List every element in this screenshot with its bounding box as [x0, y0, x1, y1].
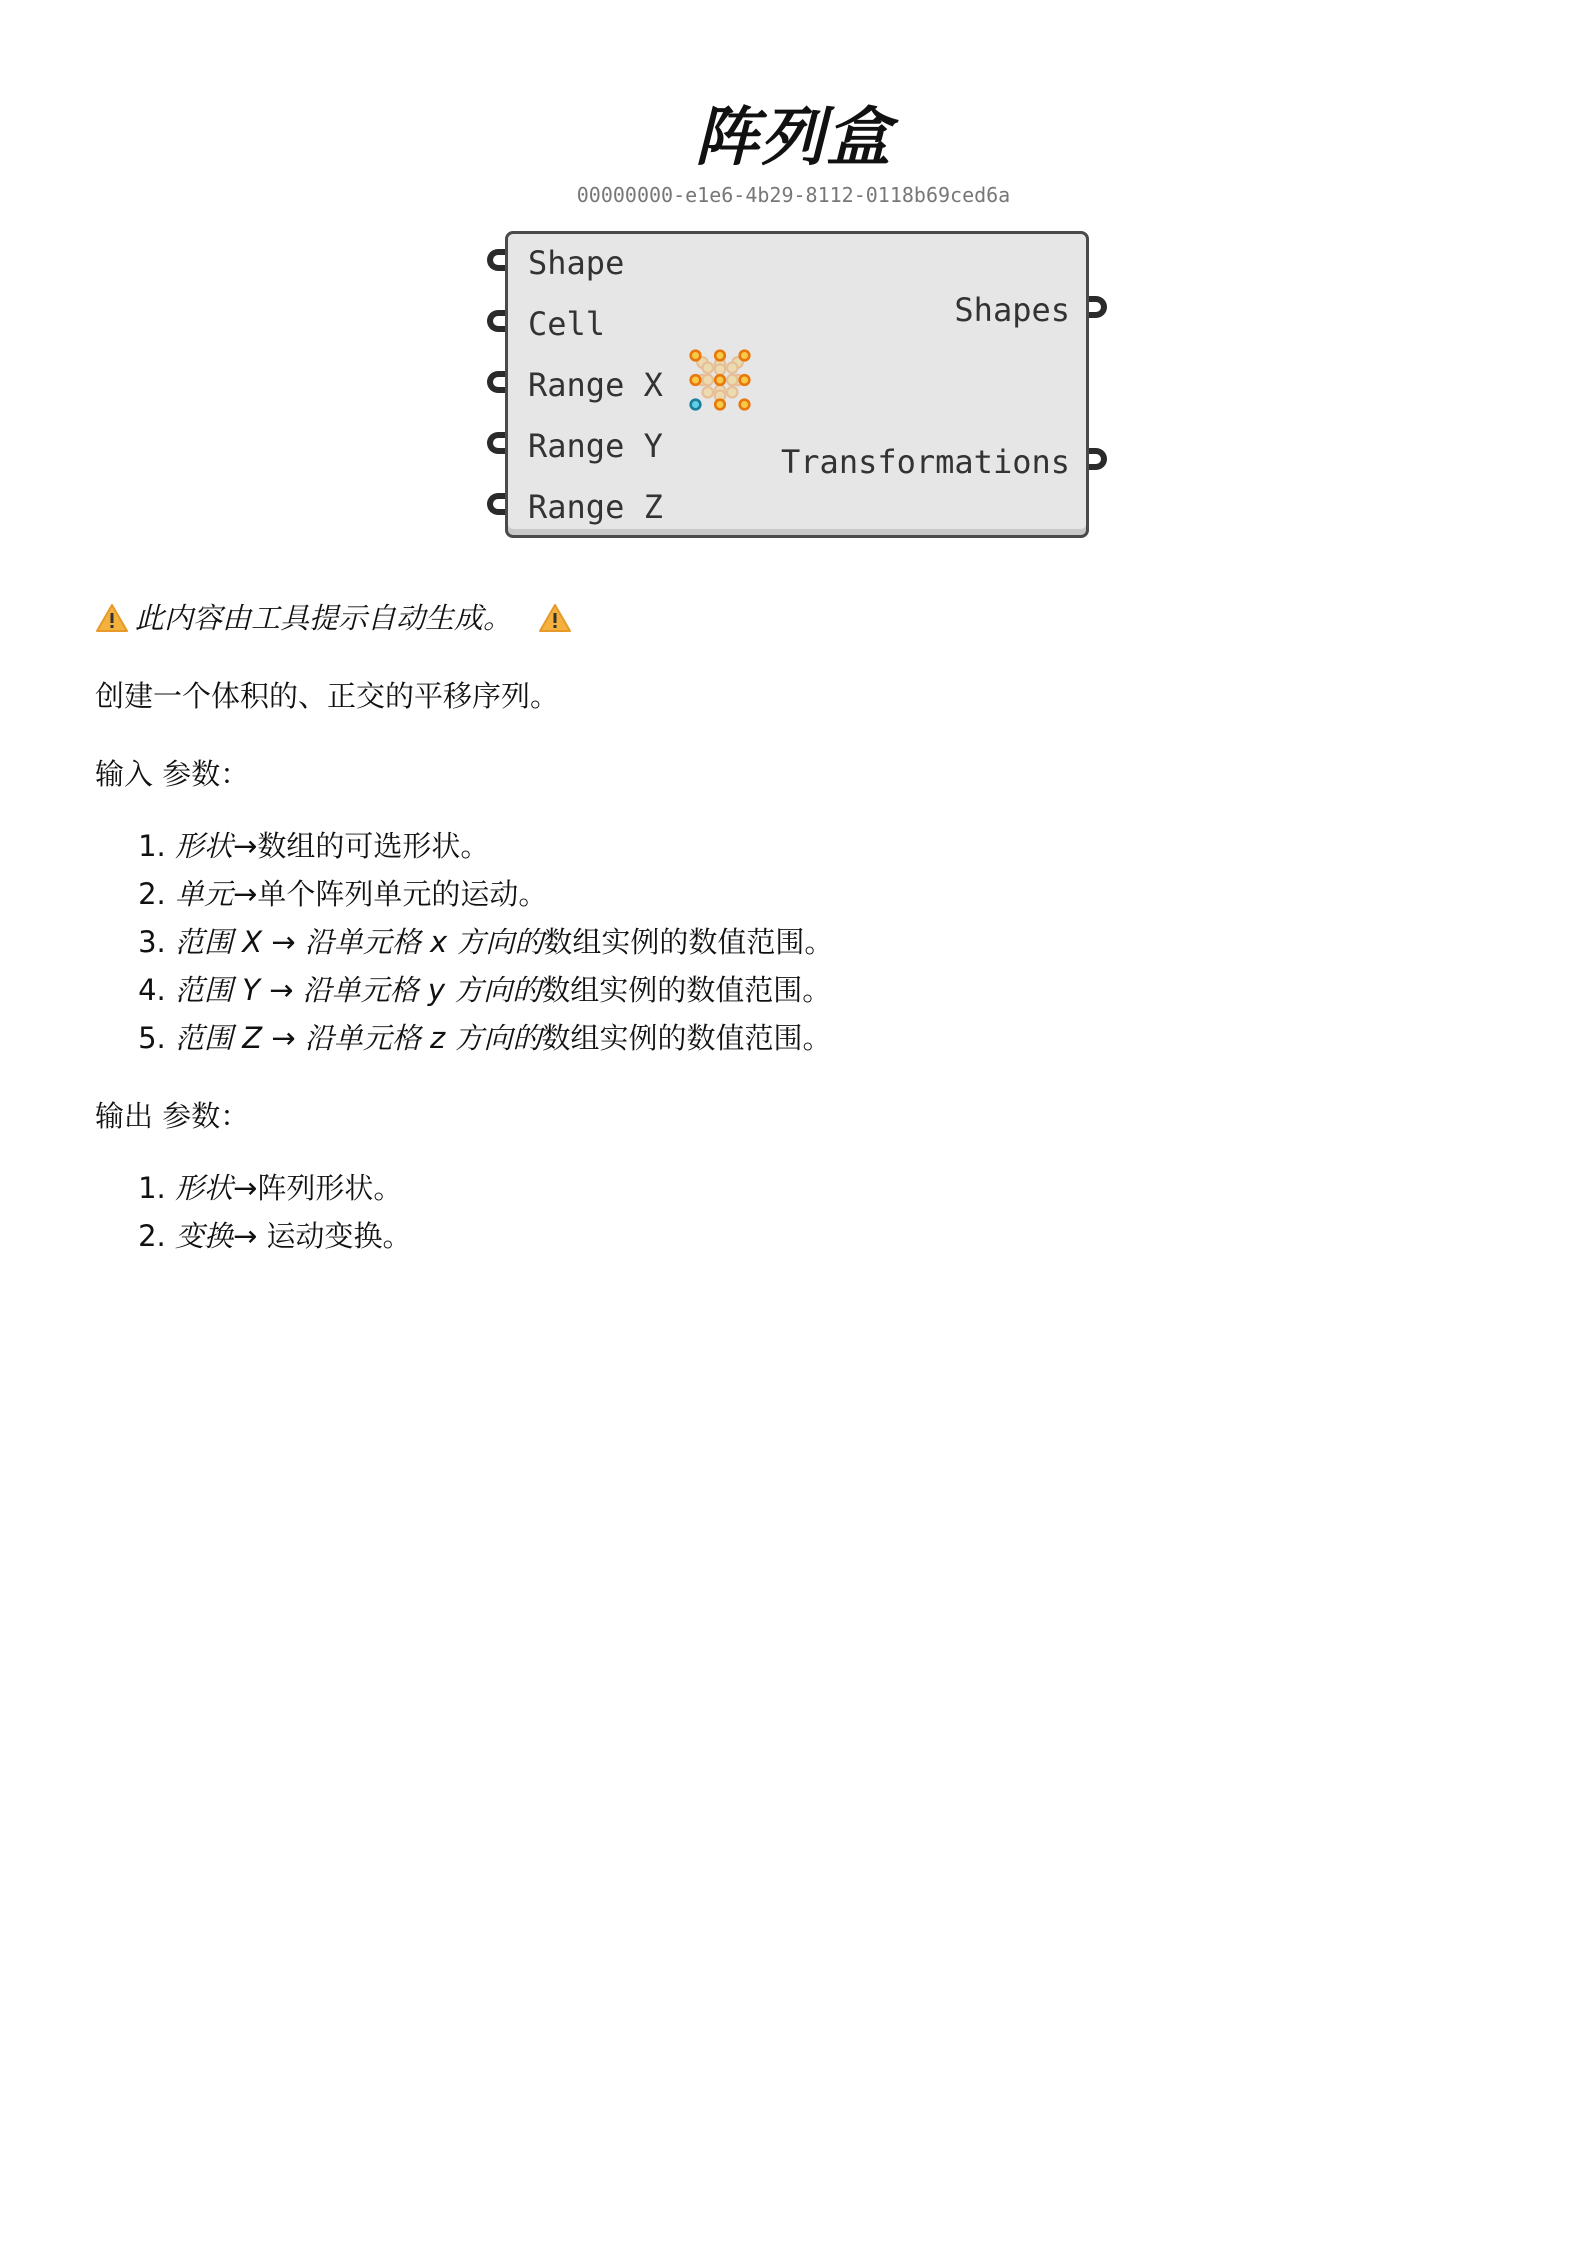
- input-port-shape[interactable]: [487, 249, 505, 271]
- input-port-range-z[interactable]: [487, 493, 505, 515]
- list-item: 单元→单个阵列单元的运动。: [175, 870, 1495, 918]
- list-item: 范围 Y → 沿单元格 y 方向的数组实例的数值范围。: [175, 966, 1495, 1014]
- input-port-range-x[interactable]: [487, 371, 505, 393]
- document-body: 此内容由工具提示自动生成。 创建一个体积的、正交的平移序列。 输入 参数： 形状…: [95, 594, 1495, 1260]
- notice-text: 此内容由工具提示自动生成。: [135, 594, 512, 642]
- output-port-shapes[interactable]: [1089, 296, 1107, 318]
- page-title: 阵列盒: [0, 98, 1587, 178]
- list-item: 形状→数组的可选形状。: [175, 822, 1495, 870]
- inputs-heading: 输入 参数：: [95, 750, 1495, 798]
- warning-icon: [95, 603, 129, 633]
- list-item: 范围 Z → 沿单元格 z 方向的数组实例的数值范围。: [175, 1014, 1495, 1062]
- warning-icon: [538, 603, 572, 633]
- list-item: 形状→阵列形状。: [175, 1164, 1495, 1212]
- input-label-range-y: Range Y: [528, 426, 663, 466]
- array-box-icon: [685, 345, 755, 415]
- input-label-range-x: Range X: [528, 365, 663, 405]
- list-item: 变换→ 运动变换。: [175, 1212, 1495, 1260]
- list-item: 范围 X → 沿单元格 x 方向的数组实例的数值范围。: [175, 918, 1495, 966]
- input-label-shape: Shape: [528, 243, 624, 283]
- outputs-list: 形状→阵列形状。 变换→ 运动变换。: [95, 1164, 1495, 1260]
- output-label-shapes: Shapes: [954, 290, 1070, 330]
- input-port-cell[interactable]: [487, 310, 505, 332]
- outputs-heading: 输出 参数：: [95, 1092, 1495, 1140]
- input-port-range-y[interactable]: [487, 432, 505, 454]
- inputs-list: 形状→数组的可选形状。 单元→单个阵列单元的运动。 范围 X → 沿单元格 x …: [95, 822, 1495, 1062]
- input-label-cell: Cell: [528, 304, 605, 344]
- output-label-transformations: Transformations: [781, 442, 1070, 482]
- output-port-transformations[interactable]: [1089, 448, 1107, 470]
- description: 创建一个体积的、正交的平移序列。: [95, 672, 1495, 720]
- input-label-range-z: Range Z: [528, 487, 663, 527]
- auto-generated-notice: 此内容由工具提示自动生成。: [95, 594, 1495, 642]
- component-guid: 00000000-e1e6-4b29-8112-0118b69ced6a: [0, 183, 1587, 207]
